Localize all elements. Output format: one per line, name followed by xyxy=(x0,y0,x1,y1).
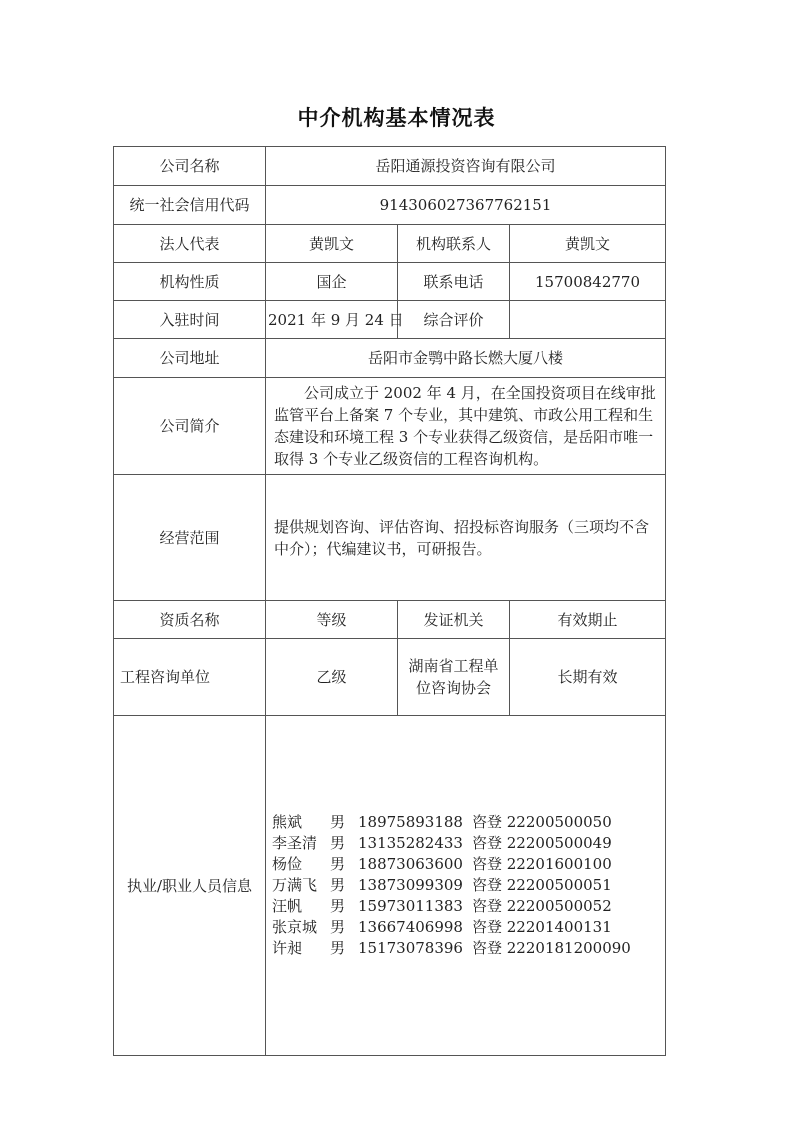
contact-value: 黄凯文 xyxy=(510,225,666,263)
staff-row: 李圣清 男 13135282433 咨登 22200500049 xyxy=(272,833,659,854)
staff-cert: 咨登 22200500052 xyxy=(472,896,612,917)
staff-cert: 咨登 22200500049 xyxy=(472,833,612,854)
staff-row: 汪帆 男 15973011383 咨登 22200500052 xyxy=(272,896,659,917)
qual-level: 乙级 xyxy=(266,639,398,716)
staff-cert: 咨登 22200500051 xyxy=(472,875,612,896)
staff-cert: 咨登 22201400131 xyxy=(472,917,612,938)
qual-header-name: 资质名称 xyxy=(114,601,266,639)
staff-gender: 男 xyxy=(330,812,358,833)
phone-label: 联系电话 xyxy=(398,263,510,301)
intro-value: 公司成立于 2002 年 4 月，在全国投资项目在线审批监管平台上备案 7 个专… xyxy=(266,378,666,475)
staff-cert: 咨登 22201600100 xyxy=(472,854,612,875)
nature-value: 国企 xyxy=(266,263,398,301)
staff-name: 汪帆 xyxy=(272,896,330,917)
staff-name: 熊斌 xyxy=(272,812,330,833)
credit-code-value: 914306027367762151 xyxy=(266,186,666,225)
staff-gender: 男 xyxy=(330,938,358,959)
qual-issuer: 湖南省工程单位咨询协会 xyxy=(398,639,510,716)
staff-phone: 18873063600 xyxy=(358,854,472,875)
staff-name: 万满飞 xyxy=(272,875,330,896)
rating-value xyxy=(510,301,666,339)
staff-gender: 男 xyxy=(330,854,358,875)
staff-cert: 咨登 2220181200090 xyxy=(472,938,631,959)
agency-info-table: 公司名称 岳阳通源投资咨询有限公司 统一社会信用代码 9143060273677… xyxy=(113,146,666,1056)
row-join-date: 入驻时间 2021 年 9 月 24 日 综合评价 xyxy=(114,301,666,339)
staff-phone: 18975893188 xyxy=(358,812,472,833)
company-name-value: 岳阳通源投资咨询有限公司 xyxy=(266,147,666,186)
staff-phone: 13135282433 xyxy=(358,833,472,854)
staff-gender: 男 xyxy=(330,896,358,917)
staff-label: 执业/职业人员信息 xyxy=(114,716,266,1056)
row-nature: 机构性质 国企 联系电话 15700842770 xyxy=(114,263,666,301)
qual-header-issuer: 发证机关 xyxy=(398,601,510,639)
nature-label: 机构性质 xyxy=(114,263,266,301)
staff-row: 杨俭 男 18873063600 咨登 22201600100 xyxy=(272,854,659,875)
row-legal-rep: 法人代表 黄凯文 机构联系人 黄凯文 xyxy=(114,225,666,263)
row-scope: 经营范围 提供规划咨询、评估咨询、招投标咨询服务（三项均不含中介）；代编建议书，… xyxy=(114,475,666,601)
staff-row: 张京城 男 13667406998 咨登 22201400131 xyxy=(272,917,659,938)
staff-gender: 男 xyxy=(330,833,358,854)
page-title: 中介机构基本情况表 xyxy=(0,102,793,132)
credit-code-label: 统一社会信用代码 xyxy=(114,186,266,225)
address-label: 公司地址 xyxy=(114,339,266,378)
address-value: 岳阳市金鹗中路长燃大厦八楼 xyxy=(266,339,666,378)
staff-gender: 男 xyxy=(330,875,358,896)
scope-value: 提供规划咨询、评估咨询、招投标咨询服务（三项均不含中介）；代编建议书，可研报告。 xyxy=(266,475,666,601)
staff-row: 许昶 男 15173078396 咨登 2220181200090 xyxy=(272,938,659,959)
row-address: 公司地址 岳阳市金鹗中路长燃大厦八楼 xyxy=(114,339,666,378)
legal-rep-value: 黄凯文 xyxy=(266,225,398,263)
staff-name: 杨俭 xyxy=(272,854,330,875)
rating-label: 综合评价 xyxy=(398,301,510,339)
contact-label: 机构联系人 xyxy=(398,225,510,263)
intro-label: 公司简介 xyxy=(114,378,266,475)
qual-expiry: 长期有效 xyxy=(510,639,666,716)
staff-name: 许昶 xyxy=(272,938,330,959)
join-date-label: 入驻时间 xyxy=(114,301,266,339)
qual-header-level: 等级 xyxy=(266,601,398,639)
qual-header-expiry: 有效期止 xyxy=(510,601,666,639)
staff-gender: 男 xyxy=(330,917,358,938)
scope-label: 经营范围 xyxy=(114,475,266,601)
staff-phone: 15173078396 xyxy=(358,938,472,959)
staff-list: 熊斌 男 18975893188 咨登 22200500050 李圣清 男 13… xyxy=(266,716,666,1056)
staff-name: 张京城 xyxy=(272,917,330,938)
qualification-row: 工程咨询单位 乙级 湖南省工程单位咨询协会 长期有效 xyxy=(114,639,666,716)
row-credit-code: 统一社会信用代码 914306027367762151 xyxy=(114,186,666,225)
qual-name: 工程咨询单位 xyxy=(114,639,266,716)
staff-cert: 咨登 22200500050 xyxy=(472,812,612,833)
staff-name: 李圣清 xyxy=(272,833,330,854)
row-staff: 执业/职业人员信息 熊斌 男 18975893188 咨登 2220050005… xyxy=(114,716,666,1056)
staff-phone: 13873099309 xyxy=(358,875,472,896)
legal-rep-label: 法人代表 xyxy=(114,225,266,263)
company-name-label: 公司名称 xyxy=(114,147,266,186)
qualification-header-row: 资质名称 等级 发证机关 有效期止 xyxy=(114,601,666,639)
phone-value: 15700842770 xyxy=(510,263,666,301)
row-company-name: 公司名称 岳阳通源投资咨询有限公司 xyxy=(114,147,666,186)
staff-phone: 15973011383 xyxy=(358,896,472,917)
join-date-value: 2021 年 9 月 24 日 xyxy=(266,301,398,339)
staff-row: 万满飞 男 13873099309 咨登 22200500051 xyxy=(272,875,659,896)
staff-row: 熊斌 男 18975893188 咨登 22200500050 xyxy=(272,812,659,833)
staff-phone: 13667406998 xyxy=(358,917,472,938)
row-intro: 公司简介 公司成立于 2002 年 4 月，在全国投资项目在线审批监管平台上备案… xyxy=(114,378,666,475)
